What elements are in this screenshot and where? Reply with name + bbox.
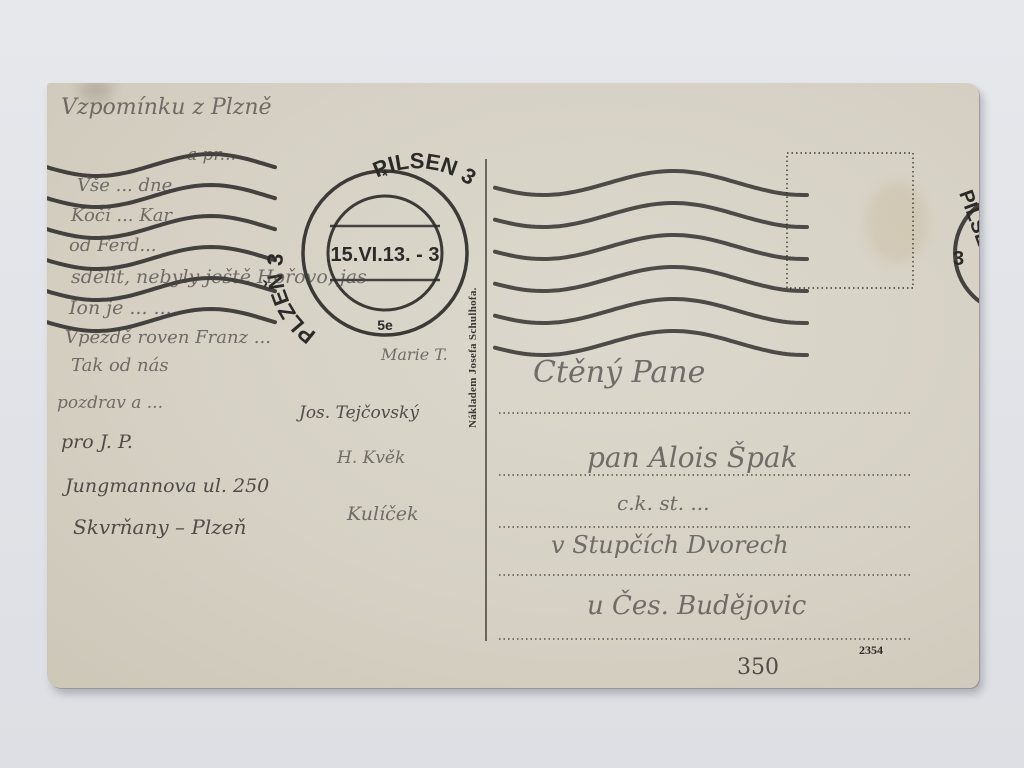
address-line: pan Alois Špak <box>587 441 798 474</box>
message-line: Skvrňany – Plzeň <box>73 515 247 539</box>
signature: Marie T. <box>381 345 448 364</box>
address-line: c.k. st. ... <box>617 491 709 515</box>
message-line: Vpezdě roven Franz ... <box>65 327 271 348</box>
signature: Jos. Tejčovský <box>299 403 419 423</box>
message-line: pozdrav a ... <box>57 393 163 413</box>
postmark-code: 5e <box>377 317 393 333</box>
message-line: Kočí ... Kar <box>71 205 172 226</box>
message-line: a pr... <box>187 145 236 165</box>
publisher-caption: Nákladem Josefa Schulhofa. <box>467 287 479 428</box>
address-line: v Stupčích Dvorech <box>551 531 789 559</box>
partial-postmark-number: 3 <box>953 248 964 270</box>
message-line: Ion je ... ... <box>69 297 172 319</box>
signature: H. Kvěk <box>337 448 405 468</box>
message-line: Vzpomínku z Plzně <box>61 95 272 120</box>
message-line: od Ferd... <box>69 235 157 256</box>
address-line: Ctěný Pane <box>533 355 705 390</box>
postcard: PLZEŇ 3 PILSEN 3 15.VI.13. - 3 5e * 3 PI… <box>47 83 979 688</box>
message-line: pro J. P. <box>61 431 133 453</box>
handwritten-number: 350 <box>737 655 779 680</box>
address-line: u Čes. Budějovic <box>587 591 806 621</box>
signature: Kulíček <box>347 503 419 525</box>
print-number: 2354 <box>859 643 883 658</box>
message-line: Tak od nás <box>71 355 169 376</box>
postmark-star: * <box>382 168 389 185</box>
postmark: PLZEŇ 3 PILSEN 3 15.VI.13. - 3 5e * 3 PI… <box>47 83 979 688</box>
message-line: Jungmannova ul. 250 <box>65 475 269 497</box>
message-line: sdělit, nebyly ještě Hořovo, jas <box>71 266 367 288</box>
postmark-date: 15.VI.13. - 3 <box>331 244 440 266</box>
message-line: Vše ... dne <box>77 175 172 196</box>
